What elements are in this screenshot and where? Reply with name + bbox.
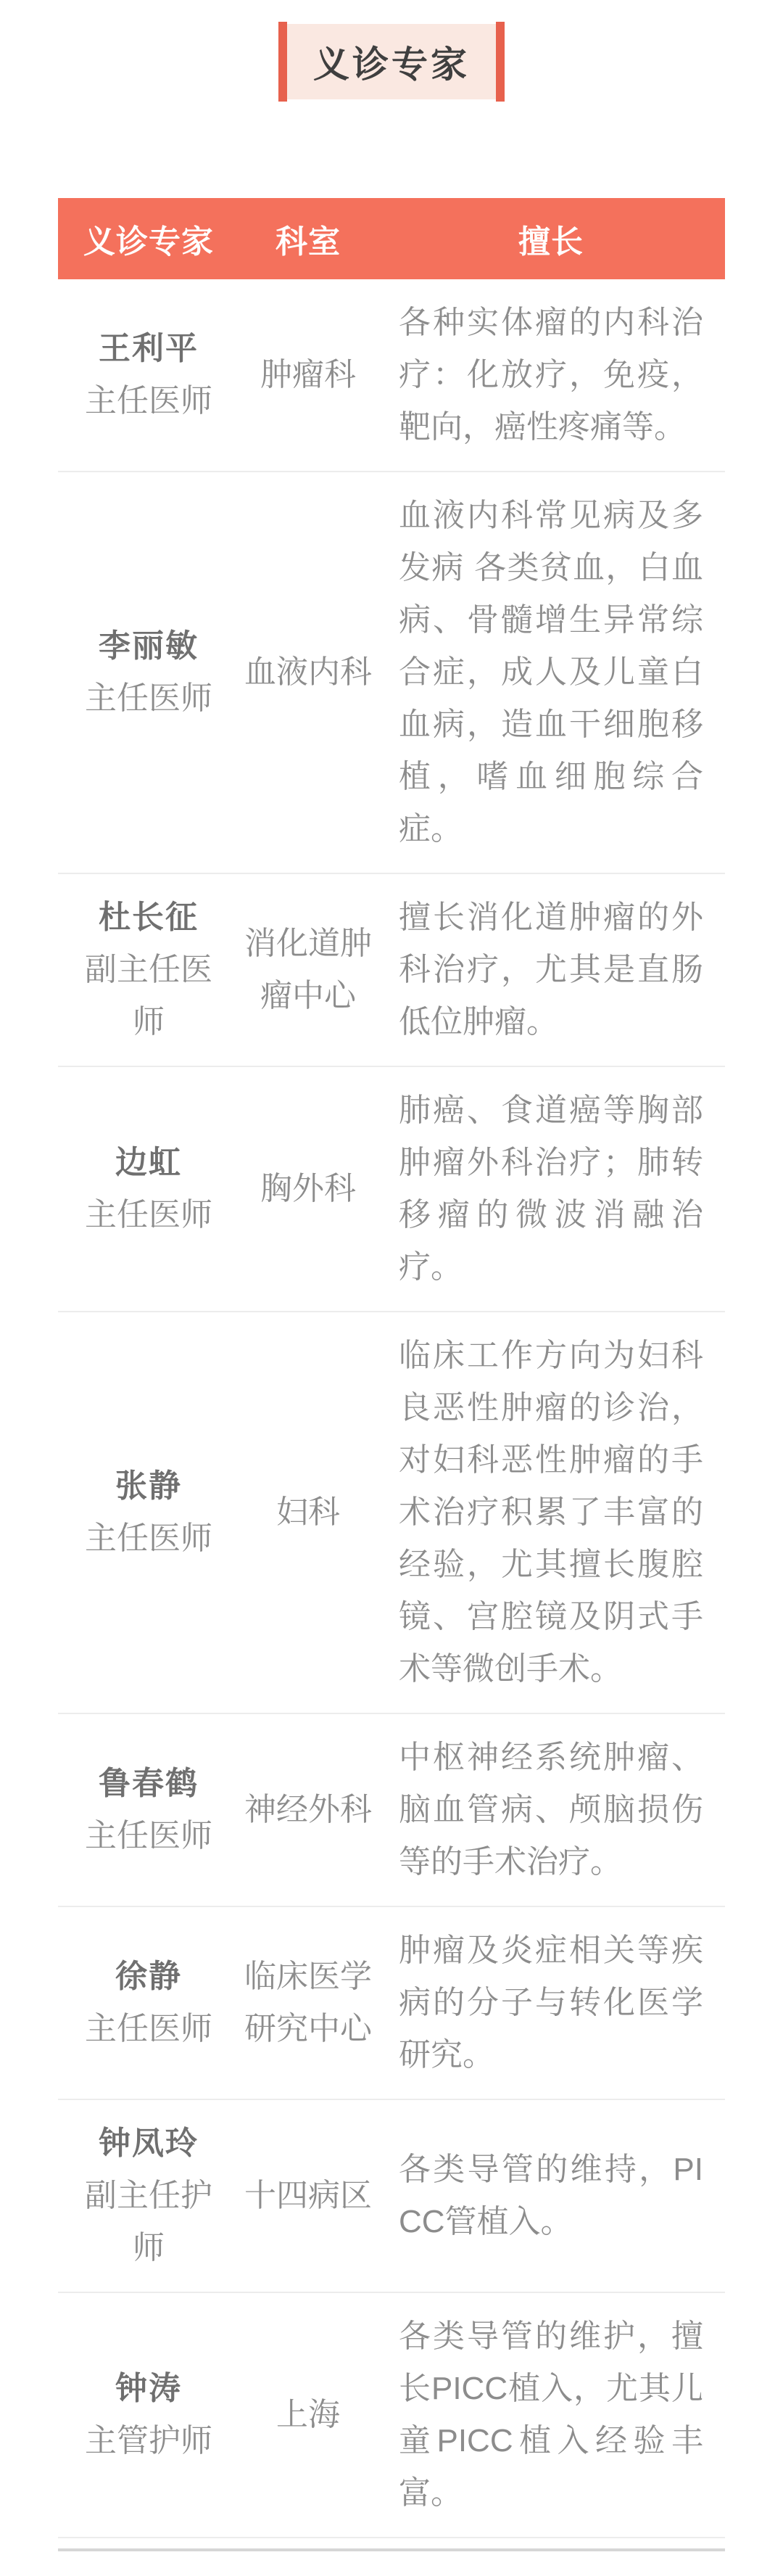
table-row: 钟涛 主管护师 上海 各类导管的维护，擅长PICC植入，尤其儿童PICC植入经验… — [58, 2293, 725, 2538]
table-row: 杜长征 副主任医师 消化道肿瘤中心 擅长消化道肿瘤的外科治疗，尤其是直肠低位肿瘤… — [58, 874, 725, 1067]
department-cell: 上海 — [239, 2310, 377, 2519]
specialty-cell: 各类导管的维持，PICC管植入。 — [377, 2118, 725, 2274]
expert-cell: 杜长征 副主任医师 — [58, 892, 239, 1048]
table-row: 边虹 主任医师 胸外科 肺癌、食道癌等胸部肿瘤外科治疗；肺转移瘤的微波消融治疗。 — [58, 1067, 725, 1312]
expert-cell: 张静 主任医师 — [58, 1330, 239, 1695]
header-department: 科室 — [239, 198, 377, 279]
table-row: 王利平 主任医师 肿瘤科 各种实体瘤的内科治疗：化放疗，免疫，靶向，癌性疼痛等。 — [58, 279, 725, 472]
experts-table: 义诊专家 科室 擅长 王利平 主任医师 肿瘤科 各种实体瘤的内科治疗：化放疗，免… — [58, 198, 725, 2551]
department-cell: 血液内科 — [239, 490, 377, 855]
specialty-cell: 各种实体瘤的内科治疗：化放疗，免疫，靶向，癌性疼痛等。 — [377, 297, 725, 453]
table-row: 李丽敏 主任医师 血液内科 血液内科常见病及多发病 各类贫血，白血病、骨髓增生异… — [58, 472, 725, 874]
expert-job-title: 主管护师 — [76, 2415, 221, 2467]
expert-job-title: 主任医师 — [76, 375, 221, 427]
department-cell: 肿瘤科 — [239, 297, 377, 453]
expert-name: 杜长征 — [76, 892, 221, 944]
expert-job-title: 主任医师 — [76, 1810, 221, 1862]
department-cell: 妇科 — [239, 1330, 377, 1695]
title-banner: 义诊专家 — [278, 22, 505, 102]
department-cell: 临床医学研究中心 — [239, 1925, 377, 2081]
table-header-row: 义诊专家 科室 擅长 — [58, 198, 725, 279]
expert-name: 钟凤玲 — [76, 2118, 221, 2170]
department-cell: 消化道肿瘤中心 — [239, 892, 377, 1048]
title-accent-bar-left — [278, 22, 287, 102]
expert-cell: 钟凤玲 副主任护师 — [58, 2118, 239, 2274]
title-accent-bar-right — [496, 22, 505, 102]
specialty-cell: 中枢神经系统肿瘤、脑血管病、颅脑损伤等的手术治疗。 — [377, 1732, 725, 1888]
expert-job-title: 主任医师 — [76, 672, 221, 725]
expert-name: 李丽敏 — [76, 620, 221, 672]
header-expert: 义诊专家 — [58, 198, 239, 279]
expert-cell: 李丽敏 主任医师 — [58, 490, 239, 855]
expert-cell: 王利平 主任医师 — [58, 297, 239, 453]
department-cell: 十四病区 — [239, 2118, 377, 2274]
expert-cell: 鲁春鹤 主任医师 — [58, 1732, 239, 1888]
department-cell: 胸外科 — [239, 1085, 377, 1293]
expert-job-title: 主任医师 — [76, 1189, 221, 1241]
specialty-cell: 擅长消化道肿瘤的外科治疗，尤其是直肠低位肿瘤。 — [377, 892, 725, 1048]
expert-job-title: 主任医师 — [76, 2003, 221, 2055]
expert-name: 王利平 — [76, 323, 221, 375]
page-title: 义诊专家 — [287, 24, 496, 99]
header-specialty: 擅长 — [377, 198, 725, 279]
specialty-cell: 临床工作方向为妇科良恶性肿瘤的诊治，对妇科恶性肿瘤的手术治疗积累了丰富的经验，尤… — [377, 1330, 725, 1695]
expert-name: 鲁春鹤 — [76, 1758, 221, 1810]
department-cell: 神经外科 — [239, 1732, 377, 1888]
expert-job-title: 主任医师 — [76, 1513, 221, 1565]
expert-cell: 钟涛 主管护师 — [58, 2310, 239, 2519]
table-row: 钟凤玲 副主任护师 十四病区 各类导管的维持，PICC管植入。 — [58, 2100, 725, 2293]
expert-cell: 徐静 主任医师 — [58, 1925, 239, 2081]
specialty-cell: 肿瘤及炎症相关等疾病的分子与转化医学研究。 — [377, 1925, 725, 2081]
table-row: 张静 主任医师 妇科 临床工作方向为妇科良恶性肿瘤的诊治，对妇科恶性肿瘤的手术治… — [58, 1312, 725, 1714]
expert-job-title: 副主任护师 — [76, 2170, 221, 2274]
expert-cell: 边虹 主任医师 — [58, 1085, 239, 1293]
expert-name: 张静 — [76, 1460, 221, 1513]
expert-name: 钟涛 — [76, 2363, 221, 2415]
specialty-cell: 各类导管的维护，擅长PICC植入，尤其儿童PICC植入经验丰富。 — [377, 2310, 725, 2519]
specialty-cell: 血液内科常见病及多发病 各类贫血，白血病、骨髓增生异常综合症，成人及儿童白血病，… — [377, 490, 725, 855]
expert-job-title: 副主任医师 — [76, 944, 221, 1048]
expert-name: 边虹 — [76, 1137, 221, 1189]
specialty-cell: 肺癌、食道癌等胸部肿瘤外科治疗；肺转移瘤的微波消融治疗。 — [377, 1085, 725, 1293]
expert-name: 徐静 — [76, 1951, 221, 2003]
table-row: 徐静 主任医师 临床医学研究中心 肿瘤及炎症相关等疾病的分子与转化医学研究。 — [58, 1907, 725, 2100]
table-row: 鲁春鹤 主任医师 神经外科 中枢神经系统肿瘤、脑血管病、颅脑损伤等的手术治疗。 — [58, 1714, 725, 1907]
